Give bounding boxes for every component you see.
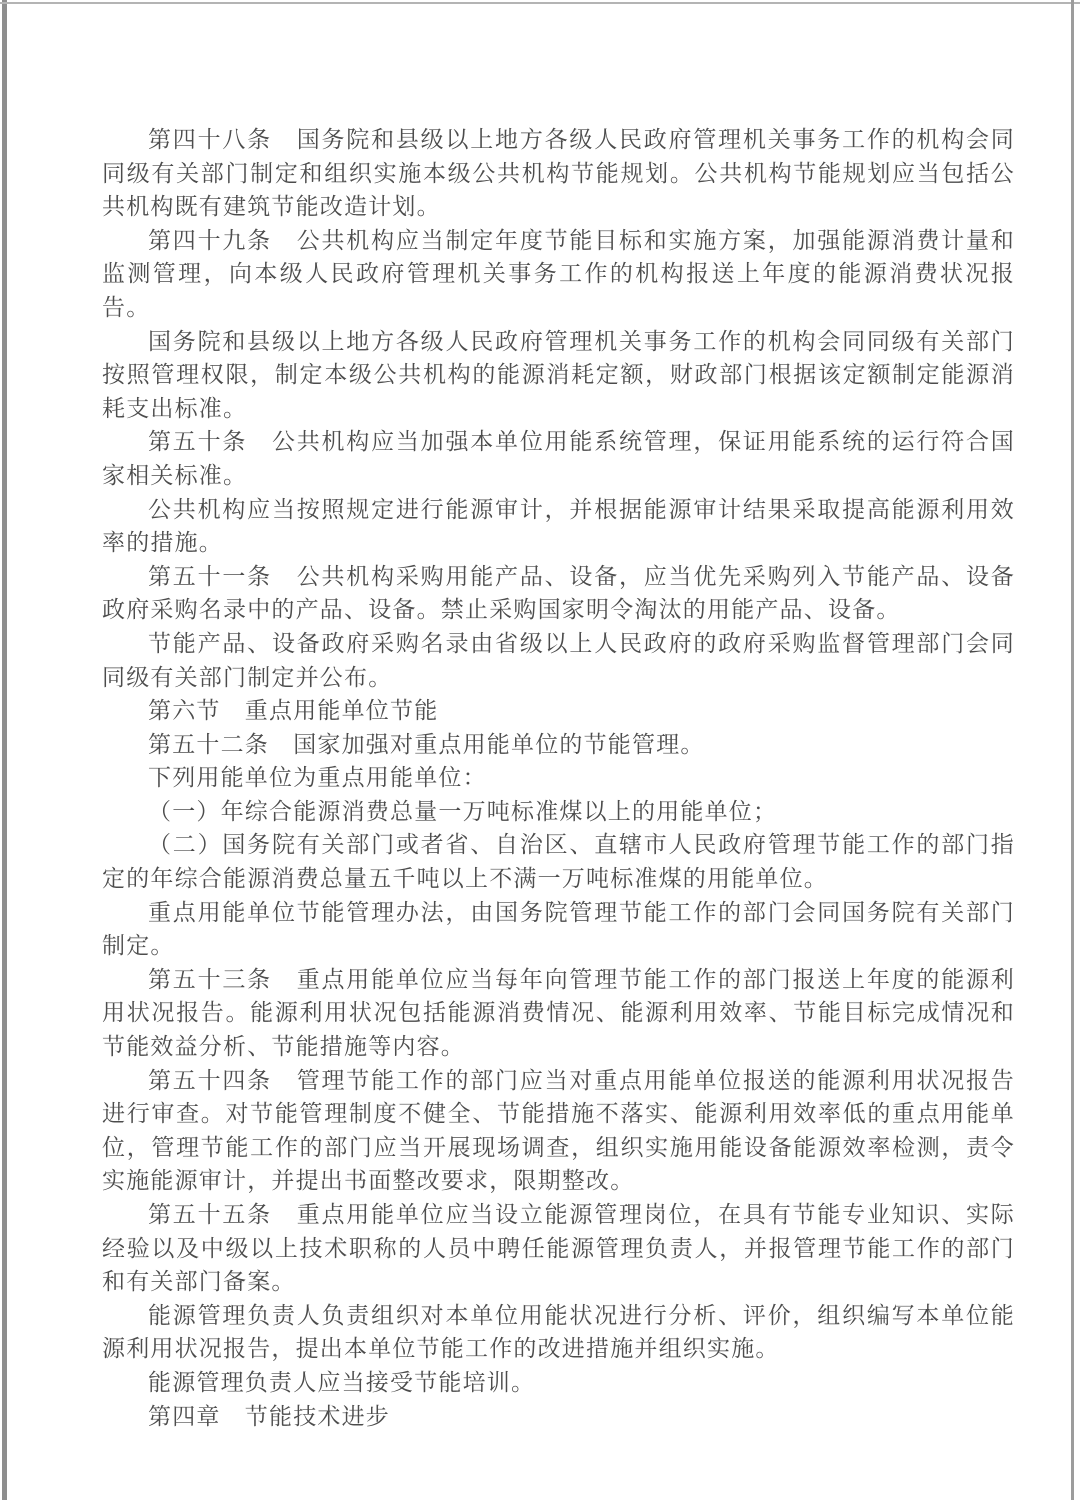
scanned-law-page: { "page": { "background_color": "#ffffff… — [0, 0, 1080, 1500]
page-top-edge-line — [0, 2, 1080, 4]
article-51-paragraph: 第五十一条 公共机构采购用能产品、设备，应当优先采购列入节能产品、设备政府采购名… — [102, 560, 1015, 627]
article-52-paragraph-3: 重点用能单位节能管理办法，由国务院管理节能工作的部门会同国务院有关部门制定。 — [102, 896, 1015, 963]
article-51-paragraph-2: 节能产品、设备政府采购名录由省级以上人民政府的政府采购监督管理部门会同同级有关部… — [102, 627, 1015, 694]
article-52-paragraph: 第五十二条 国家加强对重点用能单位的节能管理。 — [102, 728, 1015, 762]
section-6-heading: 第六节 重点用能单位节能 — [102, 694, 1015, 728]
article-55-paragraph-3: 能源管理负责人应当接受节能培训。 — [102, 1366, 1015, 1400]
article-53-paragraph: 第五十三条 重点用能单位应当每年向管理节能工作的部门报送上年度的能源利用状况报告… — [102, 963, 1015, 1064]
article-50-paragraph-2: 公共机构应当按照规定进行能源审计，并根据能源审计结果采取提高能源利用效率的措施。 — [102, 493, 1015, 560]
article-52-item-2: （二）国务院有关部门或者省、自治区、直辖市人民政府管理节能工作的部门指定的年综合… — [102, 828, 1015, 895]
article-55-paragraph-2: 能源管理负责人负责组织对本单位用能状况进行分析、评价，组织编写本单位能源利用状况… — [102, 1299, 1015, 1366]
chapter-4-heading: 第四章 节能技术进步 — [102, 1400, 1015, 1434]
article-54-paragraph: 第五十四条 管理节能工作的部门应当对重点用能单位报送的能源利用状况报告进行审查。… — [102, 1064, 1015, 1198]
article-49-paragraph-2: 国务院和县级以上地方各级人民政府管理机关事务工作的机构会同同级有关部门按照管理权… — [102, 325, 1015, 426]
page-left-edge-shadow — [2, 0, 7, 1500]
article-48-paragraph: 第四十八条 国务院和县级以上地方各级人民政府管理机关事务工作的机构会同同级有关部… — [102, 123, 1015, 224]
article-49-paragraph: 第四十九条 公共机构应当制定年度节能目标和实施方案，加强能源消费计量和监测管理，… — [102, 224, 1015, 325]
article-52-item-1: （一）年综合能源消费总量一万吨标准煤以上的用能单位； — [102, 795, 1015, 829]
document-text-block: 第四十八条 国务院和县级以上地方各级人民政府管理机关事务工作的机构会同同级有关部… — [102, 123, 1015, 1433]
article-52-paragraph-2: 下列用能单位为重点用能单位： — [102, 761, 1015, 795]
article-55-paragraph: 第五十五条 重点用能单位应当设立能源管理岗位，在具有节能专业知识、实际经验以及中… — [102, 1198, 1015, 1299]
article-50-paragraph: 第五十条 公共机构应当加强本单位用能系统管理，保证用能系统的运行符合国家相关标准… — [102, 425, 1015, 492]
page-right-edge-line — [1071, 0, 1074, 1500]
